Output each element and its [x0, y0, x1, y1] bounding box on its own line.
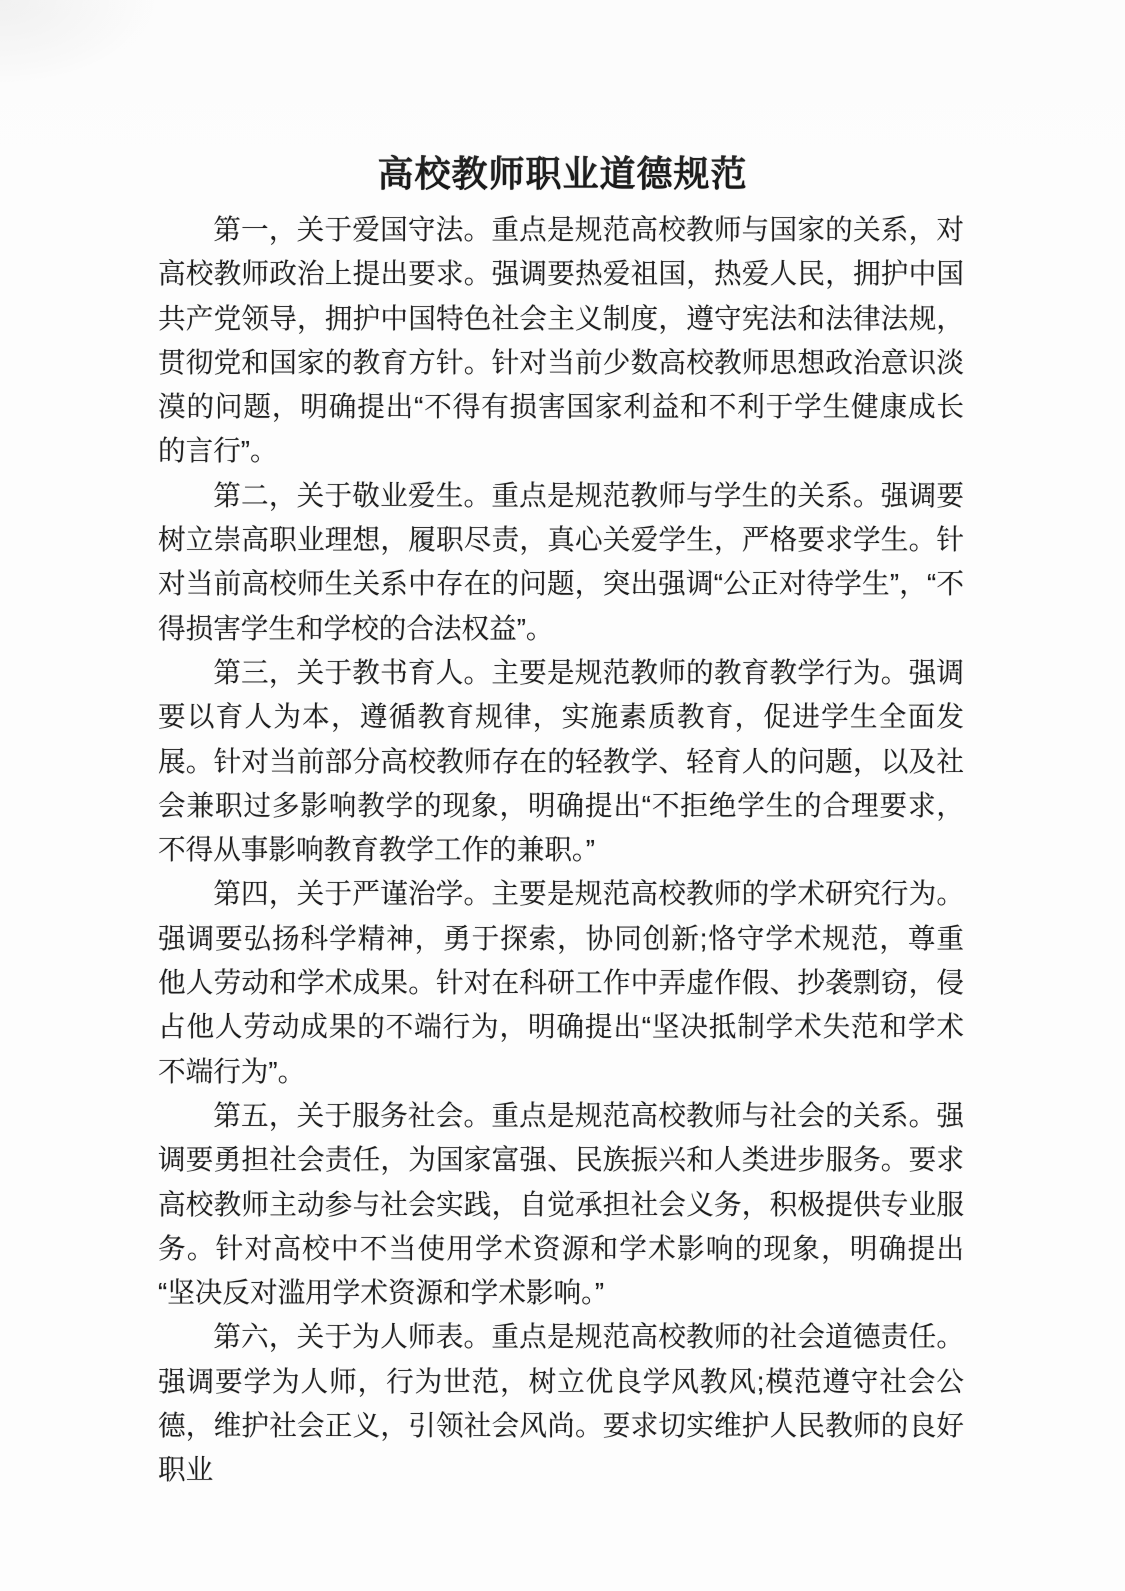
paragraph-6-weiren-shibiao: 第六，关于为人师表。重点是规范高校教师的社会道德责任。强调要学为人师，行为世范，…: [158, 1315, 964, 1492]
paragraph-5-fuwu-shehui: 第五，关于服务社会。重点是规范高校教师与社会的关系。强调要勇担社会责任，为国家富…: [158, 1094, 964, 1315]
document-title: 高校教师职业道德规范: [0, 0, 1125, 198]
document-page: 高校教师职业道德规范 第一，关于爱国守法。重点是规范高校教师与国家的关系，对高校…: [0, 0, 1125, 1591]
paragraph-4-yanjin-zhixue: 第四，关于严谨治学。主要是规范高校教师的学术研究行为。强调要弘扬科学精神，勇于探…: [158, 872, 964, 1093]
paragraph-3-jiaoshu-yuren: 第三，关于教书育人。主要是规范教师的教育教学行为。强调要以育人为本，遵循教育规律…: [158, 651, 964, 872]
document-body: 第一，关于爱国守法。重点是规范高校教师与国家的关系，对高校教师政治上提出要求。强…: [158, 208, 964, 1493]
paragraph-2-jingye-aisheng: 第二，关于敬业爱生。重点是规范教师与学生的关系。强调要树立崇高职业理想，履职尽责…: [158, 474, 964, 651]
paragraph-1-aiguo-shoufa: 第一，关于爱国守法。重点是规范高校教师与国家的关系，对高校教师政治上提出要求。强…: [158, 208, 964, 474]
